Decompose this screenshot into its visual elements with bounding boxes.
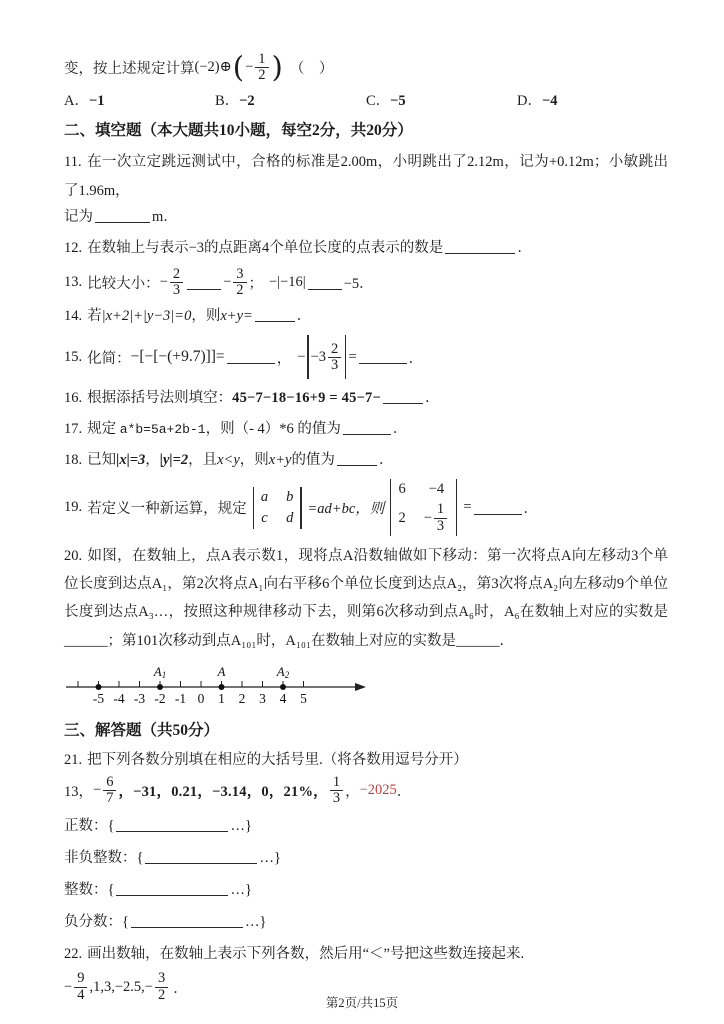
question-text: 化简： — [87, 347, 131, 368]
choice-options: A．−1 B．−2 C．−5 D．−4 — [64, 89, 668, 110]
brace-close: …} — [245, 914, 266, 930]
number-line-svg: -5-4-3-2-1012345A1AA2 — [64, 657, 374, 709]
brace-open: { — [108, 818, 115, 834]
question-12: 12.在数轴上与表示−3的点距离4个单位长度的点表示的数是． — [64, 236, 668, 257]
det-bar — [300, 487, 301, 529]
period: ． — [524, 497, 539, 518]
big-paren-open: ( — [233, 53, 244, 82]
question-text: 若定义一种新运算，规定 — [87, 497, 247, 518]
option-b-label: B． — [215, 93, 239, 109]
question-13: 13.比较大小： −23 −32 ； −|−16|−5． — [64, 267, 668, 298]
answer-blank — [131, 914, 243, 928]
option-d: D．−4 — [517, 89, 668, 110]
page-content: 变，按上述规定计算(−2)⊕(−12)（ ） A．−1 B．−2 C．−5 D．… — [0, 0, 724, 1003]
answer-blank — [445, 240, 515, 254]
determinant-numeric: 6−42−13 — [390, 479, 457, 535]
question-text: 如图，在数轴上，点A表示数1，现将点A沿数轴做如下移动：第一次将点A向左移动3个… — [64, 548, 668, 649]
fraction-six-sevenths: 67 — [103, 775, 116, 806]
question-text: 记为 — [64, 209, 93, 225]
option-c: C．−5 — [366, 89, 517, 110]
question-text: 的值为 — [291, 452, 335, 468]
period: ． — [397, 780, 412, 801]
period: ． — [425, 390, 440, 406]
category-label: 非负整数： — [64, 850, 137, 866]
question-20: 20.如图，在数轴上，点A表示数1，现将点A沿数轴做如下移动：第一次将点A向左移… — [64, 542, 668, 655]
question-number: 13. — [64, 274, 82, 291]
matrix-cell: c — [261, 510, 268, 527]
question-number: 12. — [64, 240, 82, 256]
math-expression: |y|=2 — [160, 452, 188, 468]
math-expression: |x|=3 — [116, 452, 145, 468]
option-d-value: −4 — [542, 93, 558, 109]
answer-blank — [145, 850, 257, 864]
det-bar — [456, 479, 457, 535]
question-text: 把下列各数分别填在相应的大括号里.（将各数用逗号分开） — [87, 752, 468, 768]
question-14: 14.若|x+2|+|y−3|=0，则x+y=． — [64, 304, 668, 325]
matrix-cell: 2 — [398, 510, 405, 527]
math-left: (−2) — [195, 59, 220, 76]
comma: ， — [277, 347, 292, 368]
fraction-one-third: 13 — [434, 502, 447, 533]
abs-bar — [307, 335, 308, 379]
fraction-one-half: 12 — [255, 52, 268, 83]
math-expression: |x+2|+|y−3|=0 — [102, 308, 192, 324]
option-b-value: −2 — [239, 93, 255, 109]
abs-bar — [345, 335, 346, 379]
matrix-cell: d — [286, 510, 293, 527]
period: ． — [393, 421, 408, 437]
category-label: 整数： — [64, 882, 108, 898]
bracket-expression: −[−[−(+9.7)]]= — [131, 348, 225, 366]
equals-sign: = — [348, 349, 356, 366]
number-list-text: ， — [345, 780, 360, 801]
question-text: 比较大小： — [87, 272, 160, 293]
minus-sign: − — [160, 274, 168, 291]
option-c-value: −5 — [390, 93, 406, 109]
brace-close: …} — [230, 818, 251, 834]
svg-text:A2: A2 — [276, 664, 290, 680]
option-c-label: C． — [366, 93, 390, 109]
question-15: 15.化简： −[−[−(+9.7)]]=， −−323=． — [64, 335, 668, 379]
svg-text:-3: -3 — [134, 691, 145, 706]
option-b: B．−2 — [215, 89, 366, 110]
answer-blank — [383, 390, 423, 404]
svg-text:4: 4 — [280, 691, 287, 706]
matrix-cell: −13 — [424, 502, 449, 533]
answer-parentheses: （ ） — [290, 57, 334, 78]
question-19: 19.若定义一种新运算，规定 abcd =ad+bc，则 6−42−13 =． — [64, 479, 668, 535]
period: ． — [297, 308, 312, 324]
question-text: 规定 — [87, 421, 120, 437]
question-21: 21.把下列各数分别填在相应的大括号里.（将各数用逗号分开） — [64, 748, 668, 769]
fraction-one-third: 13 — [330, 775, 343, 806]
mixed-number-integer: −3 — [311, 349, 326, 366]
question-22: 22.画出数轴，在数轴上表示下列各数，然后用“＜”号把这些数连接起来. — [64, 942, 668, 963]
brace-open: { — [122, 914, 129, 930]
minus-sign: − — [93, 782, 101, 799]
question-number: 21. — [64, 752, 82, 768]
determinant-abcd: abcd — [253, 487, 302, 529]
exam-paper-page: 变，按上述规定计算(−2)⊕(−12)（ ） A．−1 B．−2 C．−5 D．… — [0, 0, 724, 1024]
question-number: 22. — [64, 946, 82, 962]
svg-text:A: A — [217, 664, 226, 679]
category-nonneg-integers: 非负整数：{…} — [64, 846, 668, 867]
fraction-three-halves: 32 — [233, 267, 246, 298]
math-expression: 45−7−18−16+9 = 45−7− — [232, 390, 381, 406]
answer-blank — [95, 209, 150, 223]
matrix-cell: 6 — [398, 481, 405, 498]
semicolon: ； — [249, 272, 264, 293]
minus-sign: − — [297, 349, 305, 366]
big-paren-close: ) — [272, 53, 283, 82]
question-number: 14. — [64, 308, 82, 324]
brace-open: { — [137, 850, 144, 866]
abs-expression: −|−16| — [269, 274, 306, 291]
question-11: 11.在一次立定跳远测试中，合格的标准是2.00m，小明跳出了2.12m，记为+… — [64, 148, 668, 226]
minus-sign: − — [424, 510, 432, 527]
option-a: A．−1 — [64, 89, 215, 110]
period: ． — [409, 347, 424, 368]
oplus-operator: ⊕ — [220, 59, 232, 76]
svg-text:1: 1 — [218, 691, 225, 706]
svg-text:2: 2 — [239, 691, 246, 706]
fraction-two-thirds: 23 — [170, 267, 183, 298]
svg-text:0: 0 — [198, 691, 205, 706]
question-number: 19. — [64, 499, 82, 516]
number-list-text: 13， — [64, 780, 93, 801]
period: ． — [379, 452, 394, 468]
question-text: 画出数轴，在数轴上表示下列各数，然后用“＜”号把这些数连接起来. — [87, 946, 524, 962]
red-number: −2025 — [360, 782, 397, 799]
question-text: 若 — [87, 308, 102, 324]
answer-blank — [187, 276, 221, 290]
question-text: 根据添括号法则填空： — [87, 390, 232, 406]
equals-sign: = — [463, 499, 471, 516]
brace-open: { — [108, 882, 115, 898]
brace-close: …} — [259, 850, 280, 866]
answer-blank — [227, 350, 275, 364]
answer-blank — [308, 276, 342, 290]
answer-blank — [255, 308, 295, 322]
question-21-numbers: 13，−67，−31，0.21，−3.14，0，21%，13，−2025． — [64, 775, 668, 806]
minus-sign: − — [223, 274, 231, 291]
svg-text:3: 3 — [259, 691, 266, 706]
answer-blank — [359, 350, 407, 364]
question-number: 20. — [64, 548, 82, 564]
number-line-figure: -5-4-3-2-1012345A1AA2 — [64, 657, 668, 714]
svg-text:-5: -5 — [93, 691, 104, 706]
question-text: m． — [152, 209, 178, 225]
category-label: 正数： — [64, 818, 108, 834]
answer-blank — [337, 452, 377, 466]
brace-close: …} — [230, 882, 251, 898]
matrix-cell: −4 — [424, 481, 449, 498]
question-text: ，且 — [188, 452, 217, 468]
question-18: 18.已知|x|=3，|y|=2，且x<y，则x+y的值为． — [64, 448, 668, 469]
category-positive: 正数：{…} — [64, 814, 668, 835]
comma: ， — [145, 452, 160, 468]
question-number: 15. — [64, 349, 82, 366]
math-expression: x+y= — [220, 308, 252, 324]
svg-text:-2: -2 — [154, 691, 165, 706]
page-footer: 第2页/共15页 — [0, 993, 724, 1011]
question-text: −5． — [344, 272, 374, 293]
stem-text: 变，按上述规定计算 — [64, 57, 195, 78]
question-number: 11. — [64, 154, 82, 170]
category-label: 负分数： — [64, 914, 122, 930]
question-text: ，则 — [240, 452, 269, 468]
fraction-two-thirds: 23 — [328, 342, 341, 373]
option-a-value: −1 — [89, 93, 105, 109]
section-2-heading: 二、填空题（本大题共10小题，每空2分，共20分） — [64, 118, 668, 140]
math-expression: =ad+bc，则 — [308, 497, 385, 518]
svg-text:A1: A1 — [153, 664, 166, 680]
question-text: 在数轴上与表示−3的点距离4个单位长度的点表示的数是 — [87, 240, 443, 256]
answer-blank — [116, 882, 228, 896]
math-expression: x+y — [269, 452, 292, 468]
question-16: 16.根据添括号法则填空：45−7−18−16+9 = 45−7−． — [64, 386, 668, 407]
question-17: 17.规定 a*b=5a+2b-1，则（- 4）*6 的值为． — [64, 417, 668, 438]
question-number: 17. — [64, 421, 82, 437]
question-text: ，则 — [191, 308, 220, 324]
question-number: 18. — [64, 452, 82, 468]
answer-blank — [343, 421, 391, 435]
matrix-cell: a — [261, 489, 268, 506]
period: ． — [517, 240, 532, 256]
svg-text:-1: -1 — [175, 691, 186, 706]
option-a-label: A． — [64, 93, 89, 109]
category-negative-fractions: 负分数：{…} — [64, 910, 668, 931]
question-text: ，则（- 4）*6 的值为 — [206, 421, 341, 437]
answer-blank — [116, 818, 228, 832]
matrix-cell: b — [286, 489, 293, 506]
answer-blank — [474, 501, 522, 515]
question-text: 在一次立定跳远测试中，合格的标准是2.00m，小明跳出了2.12m，记为+0.1… — [64, 154, 668, 198]
math-expression: x<y — [217, 452, 240, 468]
option-d-label: D． — [517, 93, 542, 109]
math-expression: a*b=5a+2b-1 — [120, 422, 206, 437]
svg-text:-4: -4 — [113, 691, 124, 706]
section-3-heading: 三、解答题（共50分） — [64, 718, 668, 740]
svg-text:5: 5 — [300, 691, 307, 706]
category-integers: 整数：{…} — [64, 878, 668, 899]
question-number: 16. — [64, 390, 82, 406]
minus-sign: − — [245, 59, 253, 76]
question-text: 已知 — [87, 452, 116, 468]
number-list-text: ，−31，0.21，−3.14，0，21%， — [118, 780, 327, 801]
question-10-stem: 变，按上述规定计算(−2)⊕(−12)（ ） — [64, 52, 668, 83]
